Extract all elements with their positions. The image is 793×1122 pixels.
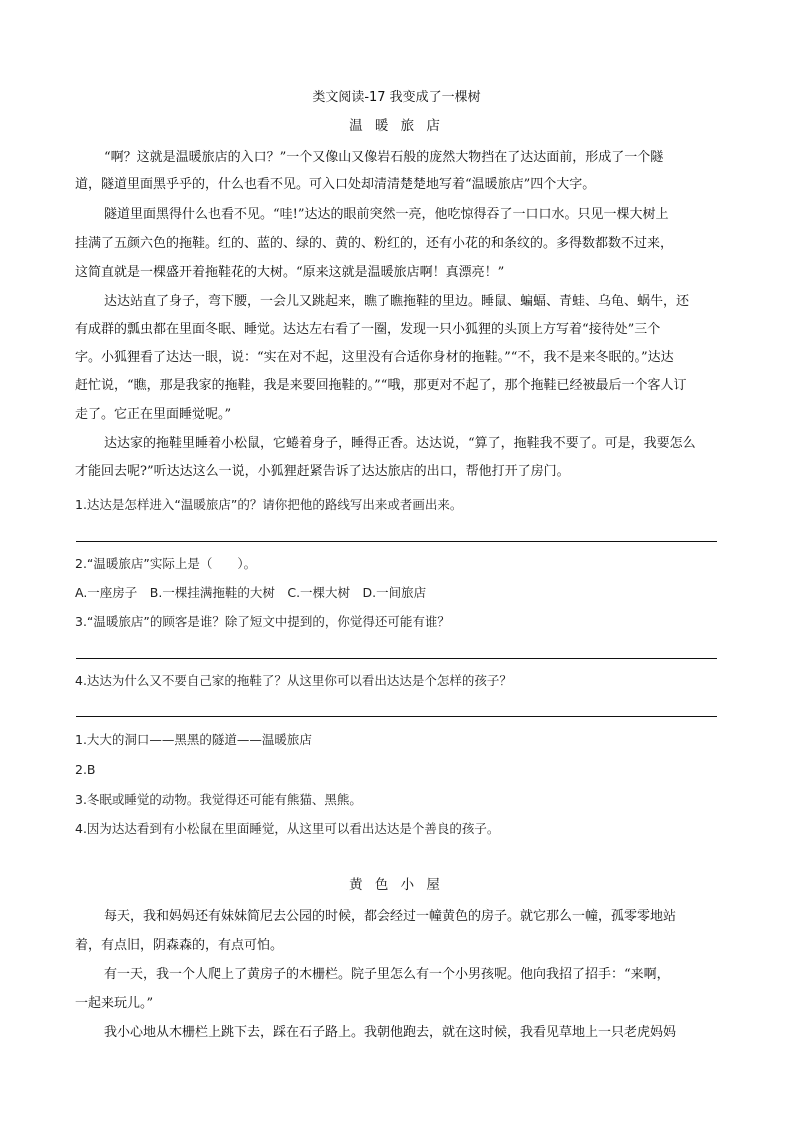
answer-1: 1.大大的洞口——黑黑的隧道——温暖旅店 [75,732,720,748]
story1-line: 道，隧道里面黑乎乎的，什么也看不见。可入口处却清清楚楚地写着“温暖旅店”四个大字… [75,177,720,193]
document-title: 类文阅读-17 我变成了一棵树 [0,90,793,106]
story2-line: 一起来玩儿。” [75,996,720,1012]
document-page: 类文阅读-17 我变成了一棵树 温 暖 旅 店 “啊？这就是温暖旅店的入口？”一… [0,0,793,1122]
story1-line: 走了。它正在里面睡觉呢。” [75,407,720,423]
question-2: 2.“温暖旅店”实际上是（ ）。 [75,556,720,572]
story2-line: 我小心地从木栅栏上跳下去，踩在石子路上。我朝他跑去，就在这时候，我看见草地上一只… [104,1025,749,1041]
question-2-options: A.一座房子 B.一棵挂满拖鞋的大树 C.一棵大树 D.一间旅店 [75,585,720,601]
story1-line: 这简直就是一棵盛开着拖鞋花的大树。“原来这就是温暖旅店啊！真漂亮！” [75,265,720,281]
answer-3: 3.冬眠或睡觉的动物。我觉得还可能有熊猫、黑熊。 [75,792,720,808]
story1-line: 字。小狐狸看了达达一眼，说：“实在对不起，这里没有合适你身材的拖鞋。”“不，我不… [75,350,720,366]
story2-line: 每天，我和妈妈还有妹妹简尼去公园的时候，都会经过一幢黄色的房子。就它那么一幢，孤… [104,909,749,925]
story1-line: 才能回去呢?”听达达这么一说，小狐狸赶紧告诉了达达旅店的出口，帮他打开了房门。 [75,464,720,480]
answer-line-3 [76,658,717,659]
story1-heading: 温 暖 旅 店 [0,118,793,134]
answer-line-4 [76,716,717,717]
story1-line: “啊？这就是温暖旅店的入口？”一个又像山又像岩石般的庞然大物挡在了达达面前，形成… [104,150,749,166]
story1-line: 达达家的拖鞋里睡着小松鼠，它蜷着身子，睡得正香。达达说，“算了，拖鞋我不要了。可… [104,436,749,452]
story1-line: 达达站直了身子，弯下腰，一会儿又跳起来，瞧了瞧拖鞋的里边。睡鼠、蝙蝠、青蛙、乌龟… [104,294,749,310]
story1-line: 赶忙说，“瞧，那是我家的拖鞋，我是来要回拖鞋的。”“哦，那更对不起了，那个拖鞋已… [75,378,720,394]
answer-4: 4.因为达达看到有小松鼠在里面睡觉，从这里可以看出达达是个善良的孩子。 [75,821,720,837]
question-3: 3.“温暖旅店”的顾客是谁？除了短文中提到的，你觉得还可能有谁？ [75,614,720,630]
answer-line-1 [76,541,717,542]
story1-line: 挂满了五颜六色的拖鞋。红的、蓝的、绿的、黄的、粉红的，还有小花的和条纹的。多得数… [75,236,720,252]
story2-line: 着，有点旧，阴森森的，有点可怕。 [75,938,720,954]
answer-2: 2.B [75,762,720,778]
story1-line: 有成群的瓢虫都在里面冬眠、睡觉。达达左右看了一圈，发现一只小狐狸的头顶上方写着“… [75,322,720,338]
story2-heading: 黄 色 小 屋 [0,877,793,893]
story2-line: 有一天，我一个人爬上了黄房子的木栅栏。院子里怎么有一个小男孩呢。他向我招了招手：… [104,967,749,983]
story1-line: 隧道里面黑得什么也看不见。“哇!”达达的眼前突然一亮，他吃惊得吞了一口口水。只见… [104,207,749,223]
question-4: 4.达达为什么又不要自己家的拖鞋了？从这里你可以看出达达是个怎样的孩子？ [75,673,720,689]
question-1: 1.达达是怎样进入“温暖旅店”的？请你把他的路线写出来或者画出来。 [75,497,720,513]
